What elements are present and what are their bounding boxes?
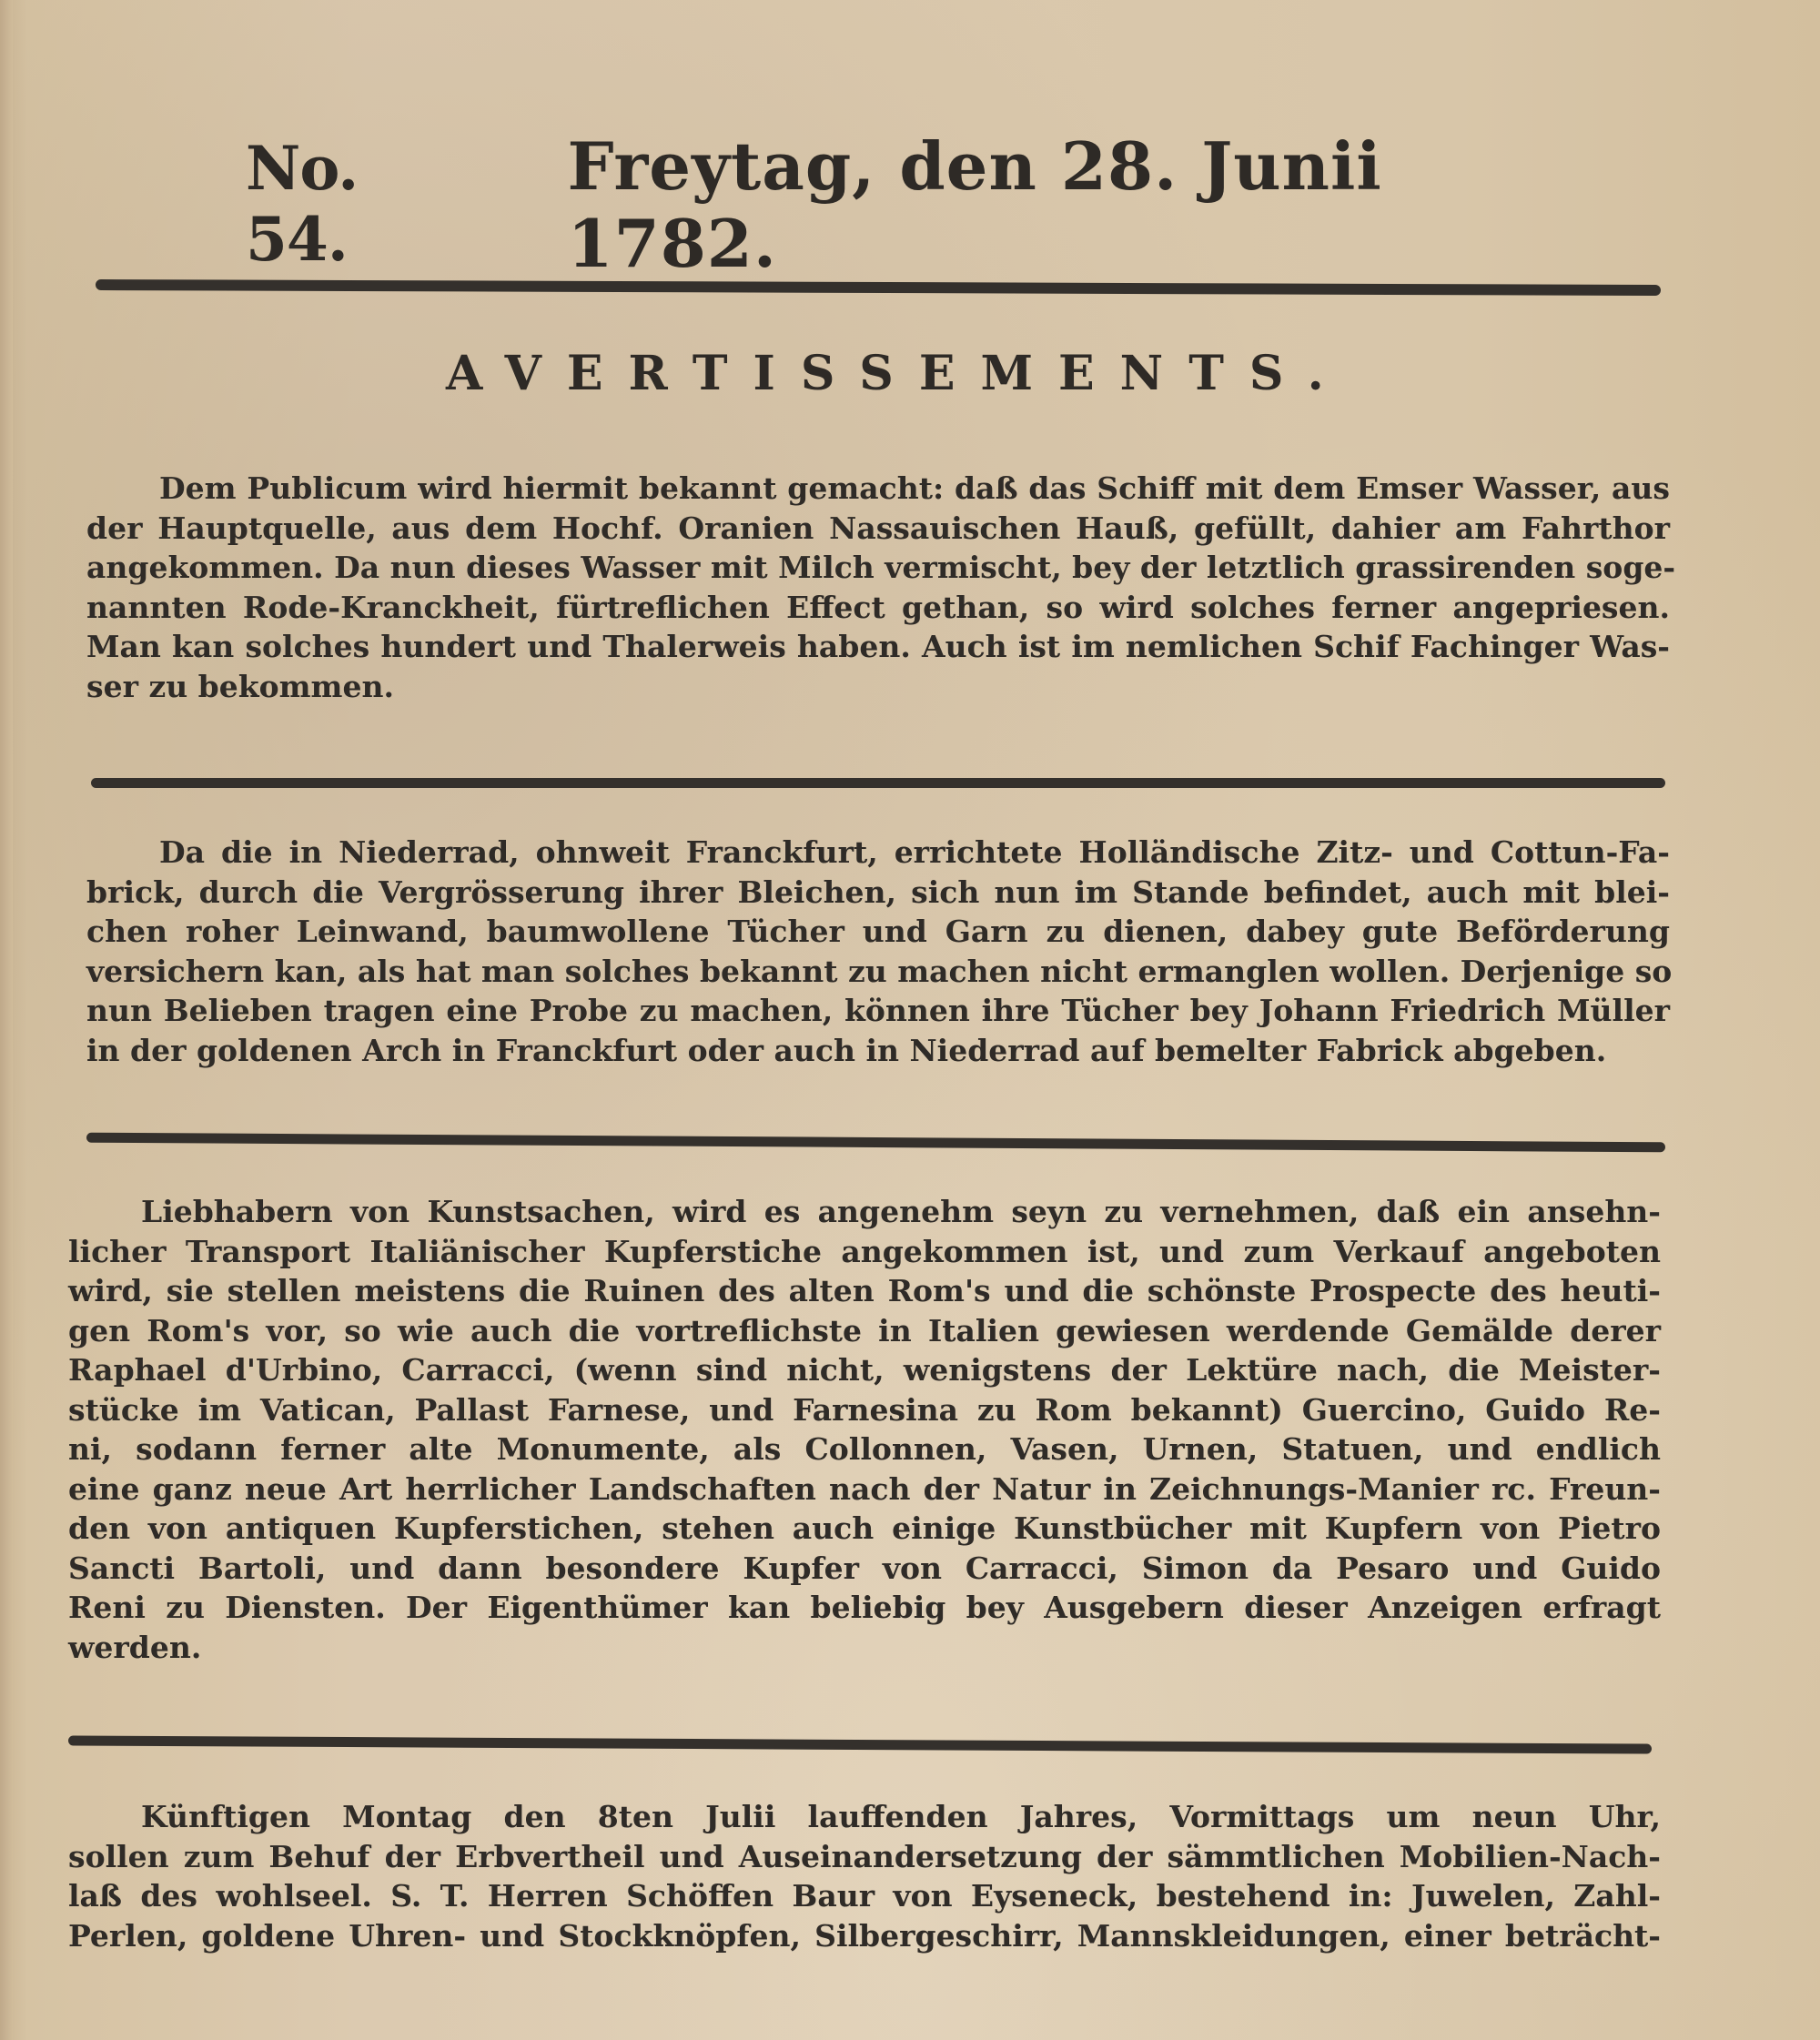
- notice-line: nannten Rode-Kranckheit, fürtreflichen E…: [86, 588, 1670, 628]
- notice-line: chen roher Leinwand, baumwollene Tücher …: [86, 912, 1670, 952]
- notice-line: der Hauptquelle, aus dem Hochf. Oranien …: [86, 509, 1670, 549]
- notice-line: gen Rom's vor, so wie auch die vortrefli…: [68, 1311, 1661, 1351]
- notice-niederrad-fabrick: Da die in Niederrad, ohnweit Franckfurt,…: [86, 833, 1670, 1070]
- notice-line: ni, sodann ferner alte Monumente, als Co…: [68, 1429, 1661, 1469]
- issue-date: Freytag, den 28. Junii 1782.: [568, 127, 1521, 282]
- notice-line: Sancti Bartoli, und dann besondere Kupfe…: [68, 1549, 1661, 1589]
- notice-line: werden.: [68, 1628, 1661, 1668]
- notice-line: Da die in Niederrad, ohnweit Franckfurt,…: [86, 833, 1670, 873]
- notice-emser-wasser: Dem Publicum wird hiermit bekannt gemach…: [86, 469, 1670, 706]
- notice-line: Liebhabern von Kunstsachen, wird es ange…: [68, 1192, 1661, 1232]
- masthead: No. 54. Freytag, den 28. Junii 1782.: [246, 127, 1520, 227]
- notice-line: ser zu bekommen.: [86, 667, 1670, 707]
- notice-mobilien-versteigerung: Künftigen Montag den 8ten Julii lauffend…: [68, 1797, 1661, 1955]
- divider-rule: [86, 1133, 1665, 1153]
- divider-rule: [91, 778, 1665, 788]
- notice-line: eine ganz neue Art herrlicher Landschaft…: [68, 1469, 1661, 1510]
- notice-line: versichern kan, als hat man solches beka…: [86, 952, 1670, 992]
- notice-line: stücke im Vatican, Pallast Farnese, und …: [68, 1390, 1661, 1430]
- issue-number: No. 54.: [246, 133, 459, 275]
- notice-line: Künftigen Montag den 8ten Julii lauffend…: [68, 1797, 1661, 1837]
- notice-line: licher Transport Italiänischer Kupfersti…: [68, 1232, 1661, 1272]
- divider-rule: [68, 1735, 1652, 1753]
- notice-kupferstiche: Liebhabern von Kunstsachen, wird es ange…: [68, 1192, 1661, 1667]
- notice-line: sollen zum Behuf der Erbvertheil und Aus…: [68, 1837, 1661, 1877]
- notice-line: laß des wohlseel. S. T. Herren Schöffen …: [68, 1876, 1661, 1916]
- page-spine-edge: [0, 0, 13, 2040]
- notice-line: Man kan solches hundert und Thalerweis h…: [86, 627, 1670, 667]
- notice-line: den von antiquen Kupferstichen, stehen a…: [68, 1509, 1661, 1549]
- notice-line: Dem Publicum wird hiermit bekannt gemach…: [86, 469, 1670, 509]
- notice-line: in der goldenen Arch in Franckfurt oder …: [86, 1031, 1670, 1071]
- notice-line: wird, sie stellen meistens die Ruinen de…: [68, 1271, 1661, 1311]
- notice-line: nun Belieben tragen eine Probe zu machen…: [86, 991, 1670, 1031]
- notice-line: angekommen. Da nun dieses Wasser mit Mil…: [86, 548, 1670, 588]
- section-title: AVERTISSEMENTS.: [446, 346, 1283, 401]
- notice-line: Perlen, goldene Uhren- und Stockknöpfen,…: [68, 1916, 1661, 1956]
- notice-line: Reni zu Diensten. Der Eigenthümer kan be…: [68, 1588, 1661, 1628]
- notice-line: Raphael d'Urbino, Carracci, (wenn sind n…: [68, 1350, 1661, 1390]
- notice-line: brick, durch die Vergrösserung ihrer Ble…: [86, 873, 1670, 913]
